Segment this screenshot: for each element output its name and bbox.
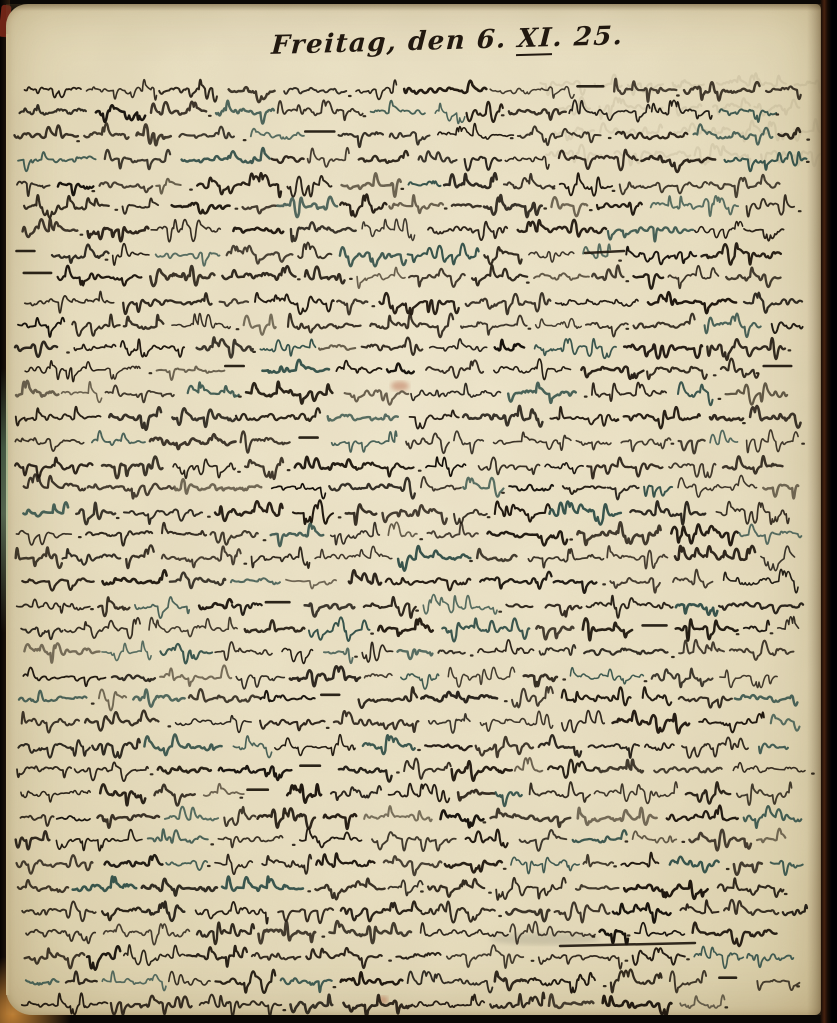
- date-suffix: . 25.: [552, 21, 625, 53]
- book-edge-right: [820, 0, 837, 1023]
- diary-page: Freitag, den 6. XI. 25.: [6, 4, 821, 1015]
- date-month-roman-underlined: XI: [516, 23, 553, 56]
- handwritten-body-text: [15, 79, 814, 1015]
- handwriting-svg: [6, 4, 821, 1015]
- diary-photo: Freitag, den 6. XI. 25.: [0, 0, 837, 1023]
